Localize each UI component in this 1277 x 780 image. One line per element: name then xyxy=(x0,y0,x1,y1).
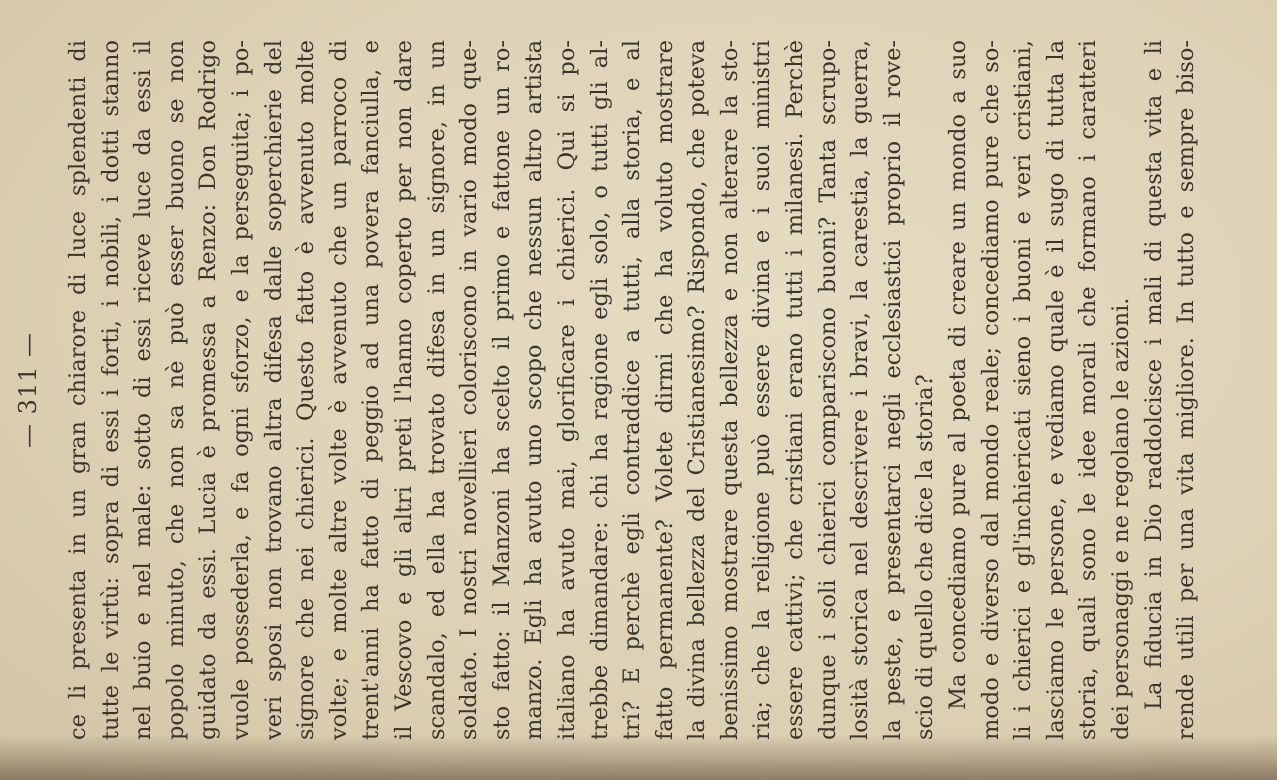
text-line: La fiducia in Dio raddolcisce i mali di … xyxy=(1138,40,1171,740)
text-line: storia, quali sono le idee morali che fo… xyxy=(1072,40,1105,740)
page-number: — 311 — xyxy=(14,40,42,740)
text-line: volte; e molte altre volte è avvenuto ch… xyxy=(323,40,356,740)
text-line: il Vescovo e gli altri preti l'hanno cop… xyxy=(388,40,421,740)
text-line: ce li presenta in un gran chiarore di lu… xyxy=(62,40,95,740)
text-line: lasciamo le persone, e vediamo quale è i… xyxy=(1040,40,1073,740)
text-line: vuole possederla, e fa ogni sforzo, e la… xyxy=(225,40,258,740)
text-line: la peste, e presentarci negli ecclesiast… xyxy=(877,40,910,740)
text-line: veri sposi non trovano altra difesa dall… xyxy=(258,40,291,740)
text-line: tutte le virtù: sopra di essi i forti, i… xyxy=(95,40,128,740)
text-line: essere cattivi; che cristiani erano tutt… xyxy=(779,40,812,740)
text-line: tri? E perchè egli contraddice a tutti, … xyxy=(616,40,649,740)
text-line: la divina bellezza del Cristianesimo? Ri… xyxy=(681,40,714,740)
text-line: trebbe dimandare: chi ha ragione egli so… xyxy=(584,40,617,740)
text-line: scio di quello che dice la storia? xyxy=(909,40,942,740)
text-line: losità storica nel descrivere i bravi, l… xyxy=(844,40,877,740)
text-line: ria; che la religione può essere divina … xyxy=(746,40,779,740)
text-line: dei personaggi e ne regolano le azioni. xyxy=(1105,40,1138,740)
text-line: modo e diverso dal mondo reale; concedia… xyxy=(975,40,1008,740)
text-line: italiano ha avuto mai, glorificare i chi… xyxy=(551,40,584,740)
text-line: manzo. Egli ha avuto uno scopo che nessu… xyxy=(518,40,551,740)
text-line: popolo minuto, che non sa nè può esser b… xyxy=(160,40,193,740)
text-line: sto fatto: il Manzoni ha scelto il primo… xyxy=(486,40,519,740)
text-line: benissimo mostrare questa bellezza e non… xyxy=(714,40,747,740)
text-line: trent'anni ha fatto di peggio ad una pov… xyxy=(355,40,388,740)
text-line: scandalo, ed ella ha trovato difesa in u… xyxy=(421,40,454,740)
text-line: signore che nei chierici. Questo fatto è… xyxy=(290,40,323,740)
text-line: guidato da essi. Lucia è promessa a Renz… xyxy=(192,40,225,740)
text-line: fatto permanente? Volete dirmi che ha vo… xyxy=(649,40,682,740)
text-line: dunque i soli chierici compariscono buon… xyxy=(812,40,845,740)
rotated-book-page: — 311 — ce li presenta in un gran chiaro… xyxy=(0,40,1277,740)
text-line: li i chierici e gl'inchiericati sieno i … xyxy=(1007,40,1040,740)
text-line: rende utili per una vita migliore. In tu… xyxy=(1170,40,1203,740)
text-line: soldato. I nostri novellieri coloriscono… xyxy=(453,40,486,740)
body-text: ce li presenta in un gran chiarore di lu… xyxy=(62,40,1203,740)
text-line: nel buio e nel male: sotto di essi ricev… xyxy=(127,40,160,740)
text-line: Ma concediamo pure al poeta di creare un… xyxy=(942,40,975,740)
